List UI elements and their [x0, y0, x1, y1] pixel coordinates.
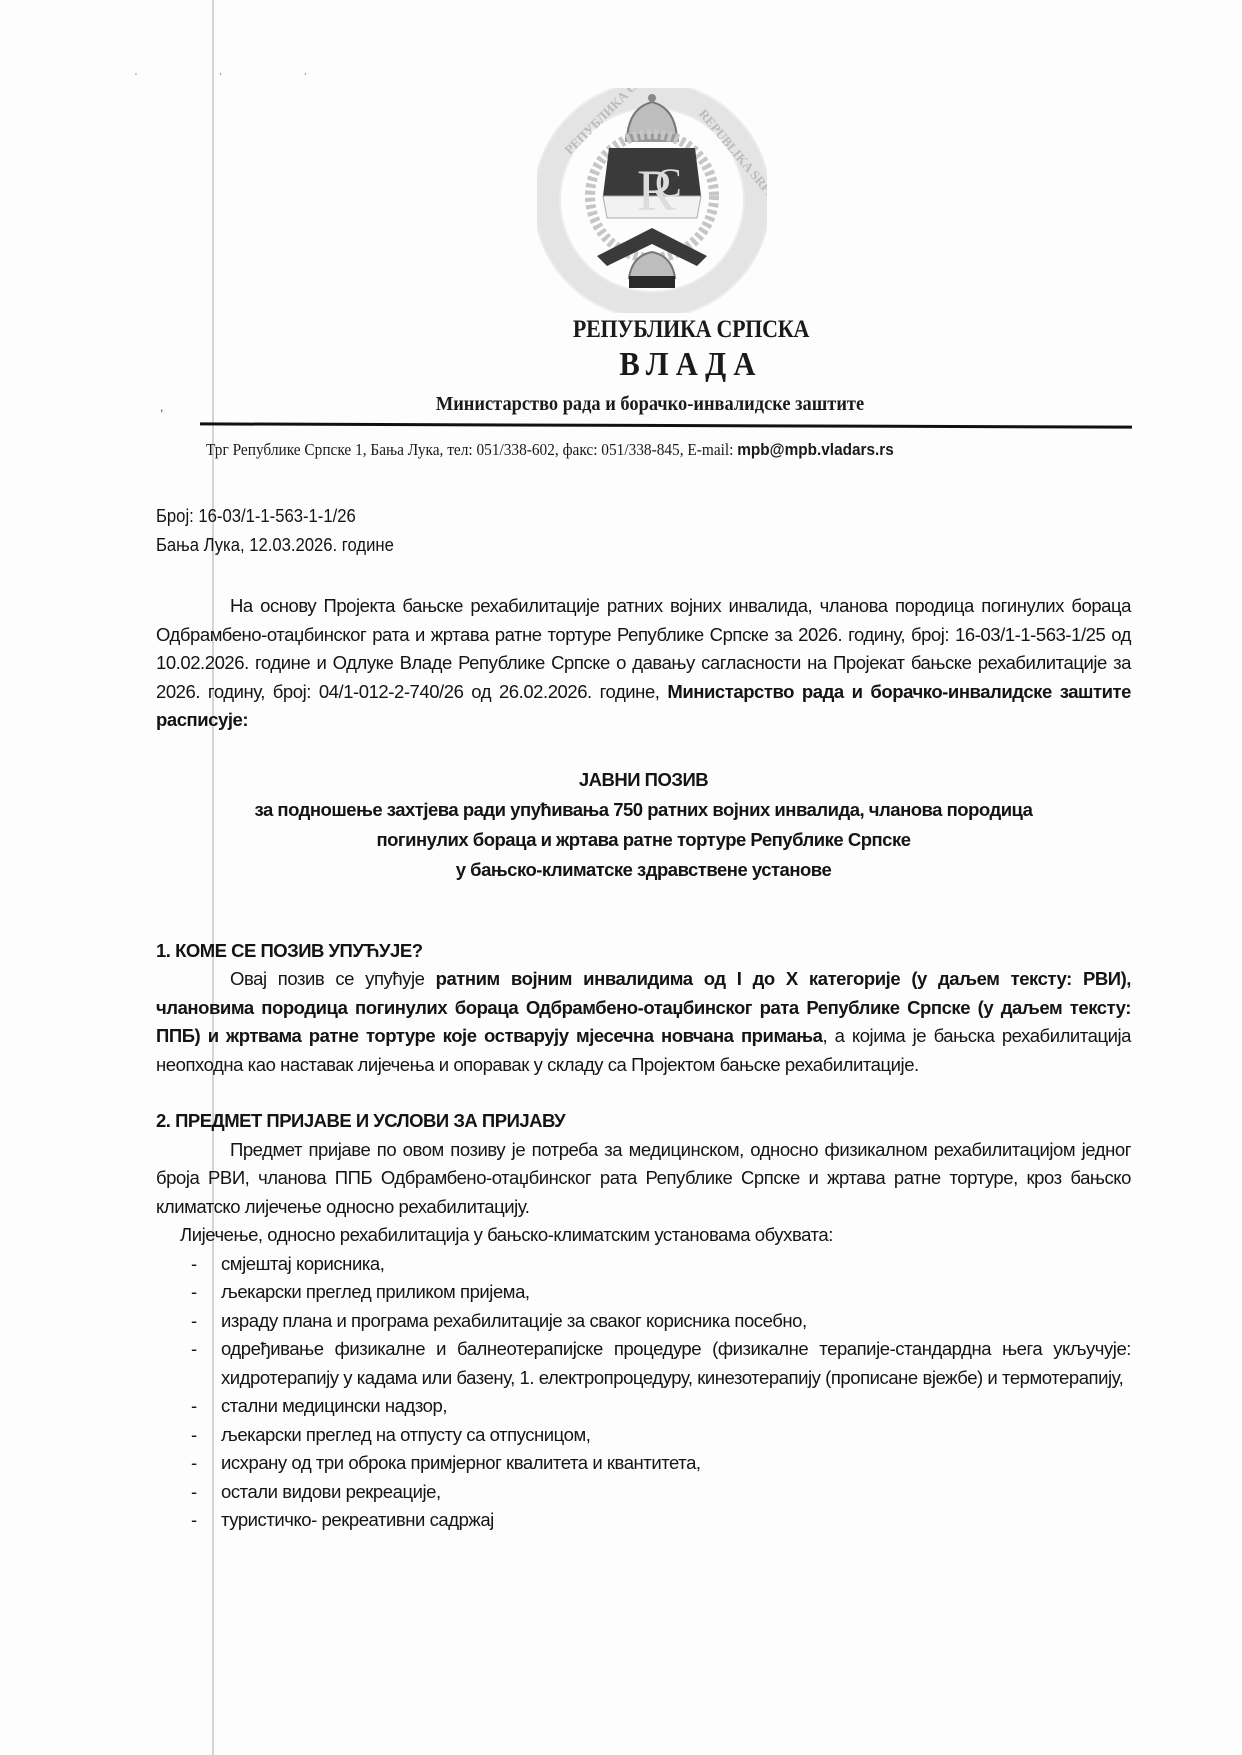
- country-heading: РЕПУБЛИКА СРПСКА: [145, 316, 1238, 344]
- ministry-heading: Министарство рада и борачко-инвалидске з…: [236, 393, 1064, 416]
- list-item: -израду плана и програма рехабилитације …: [156, 1307, 1131, 1336]
- dash-bullet-icon: -: [191, 1449, 197, 1478]
- reference-number: Број: 16-03/1-1-563-1-1/26: [156, 502, 1034, 531]
- services-list: -смјештај корисника,-љекарски преглед пр…: [156, 1250, 1131, 1535]
- list-item: -исхрану од три оброка примјерног квалит…: [156, 1449, 1131, 1478]
- svg-text:C: C: [655, 160, 682, 205]
- call-title: ЈАВНИ ПОЗИВ за подношење захтјева ради у…: [156, 765, 1131, 885]
- intro-paragraph: На основу Пројекта бањске рехабилитације…: [156, 592, 1131, 735]
- letterhead-rule: [200, 422, 1132, 428]
- dash-bullet-icon: -: [191, 1478, 197, 1507]
- list-item-text: туристичко- рекреативни садржај: [221, 1509, 494, 1530]
- section-1-text-start: Овај позив се упућује: [230, 968, 436, 989]
- dash-bullet-icon: -: [191, 1307, 197, 1336]
- list-item-text: одређивање физикалне и балнеотерапијске …: [221, 1338, 1131, 1388]
- call-subtitle-1: за подношење захтјева ради упућивања 750…: [156, 795, 1131, 825]
- section-2-list-intro: Лијечење, односно рехабилитација у бањск…: [156, 1221, 1131, 1250]
- call-heading: ЈАВНИ ПОЗИВ: [156, 765, 1131, 795]
- dash-bullet-icon: -: [191, 1250, 197, 1279]
- address-line: Трг Републике Српске 1, Бања Лука, тел: …: [206, 440, 894, 460]
- government-heading: ВЛАДА: [132, 346, 1242, 384]
- dash-bullet-icon: -: [191, 1506, 197, 1535]
- list-item-text: стални медицински надзор,: [221, 1395, 447, 1416]
- list-item-text: љекарски преглед на отпусту са отпусницо…: [221, 1424, 590, 1445]
- dash-bullet-icon: -: [191, 1392, 197, 1421]
- list-item-text: смјештај корисника,: [221, 1253, 384, 1274]
- dash-bullet-icon: -: [191, 1421, 197, 1450]
- coat-of-arms-icon: R C РЕПУБЛИКА СРПСКА REPUBLIKA SRPSKA: [537, 88, 767, 313]
- list-item: -смјештај корисника,: [156, 1250, 1131, 1279]
- list-item: -одређивање физикалне и балнеотерапијске…: [156, 1335, 1131, 1392]
- list-item-text: израду плана и програма рехабилитације з…: [221, 1310, 807, 1331]
- call-subtitle-3: у бањско-климатске здравствене установе: [156, 855, 1131, 885]
- dash-bullet-icon: -: [191, 1335, 197, 1364]
- list-item-text: исхрану од три оброка примјерног квалите…: [221, 1452, 701, 1473]
- document-body: Број: 16-03/1-1-563-1-1/26 Бања Лука, 12…: [156, 502, 1131, 1535]
- list-item-text: љекарски преглед приликом пријема,: [221, 1281, 530, 1302]
- scan-marks: ' ' ': [135, 72, 346, 83]
- list-item: -туристичко- рекреативни садржај: [156, 1506, 1131, 1535]
- section-1-paragraph: Овај позив се упућује ратним војним инва…: [156, 965, 1131, 1079]
- address-text: Трг Републике Српске 1, Бања Лука, тел: …: [206, 440, 737, 459]
- section-2-heading: 2. ПРЕДМЕТ ПРИЈАВЕ И УСЛОВИ ЗА ПРИЈАВУ: [156, 1107, 1131, 1136]
- scan-mark: ,: [160, 400, 163, 414]
- list-item: -стални медицински надзор,: [156, 1392, 1131, 1421]
- place-date: Бања Лука, 12.03.2026. године: [156, 531, 1034, 560]
- call-subtitle-2: погинулих бораца и жртава ратне тортуре …: [156, 825, 1131, 855]
- document-page: ' ' ' R C РЕПУБЛИКА СРПСКА REPUBLIKA SRP…: [0, 0, 1242, 1755]
- list-item: -љекарски преглед на отпусту са отпусниц…: [156, 1421, 1131, 1450]
- dash-bullet-icon: -: [191, 1278, 197, 1307]
- email-link[interactable]: mpb@mpb.vladars.rs: [737, 441, 894, 459]
- section-2-paragraph: Предмет пријаве по овом позиву је потреб…: [156, 1136, 1131, 1222]
- list-item-text: остали видови рекреације,: [221, 1481, 441, 1502]
- list-item: -остали видови рекреације,: [156, 1478, 1131, 1507]
- list-item: -љекарски преглед приликом пријема,: [156, 1278, 1131, 1307]
- section-1-heading: 1. КОМЕ СЕ ПОЗИВ УПУЋУЈЕ?: [156, 937, 1131, 966]
